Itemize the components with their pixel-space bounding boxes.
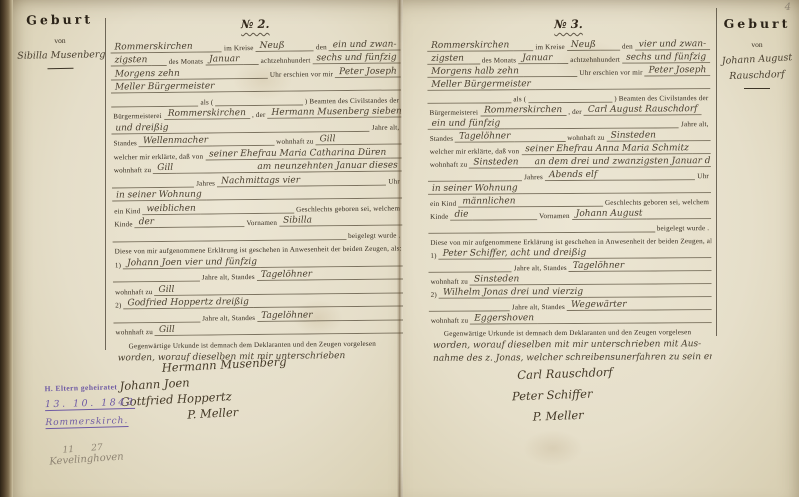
blank-underline bbox=[660, 139, 711, 141]
handwritten-entry: der bbox=[135, 217, 159, 228]
left-form: № 2. Rommerskirchenim KreiseNeußdenein u… bbox=[110, 13, 404, 363]
record-number: № 3. bbox=[427, 14, 710, 34]
handwritten-entry: Gill bbox=[316, 134, 340, 145]
form-line: Jahre alt, StandesTagelöhner bbox=[428, 258, 711, 273]
handwritten-text: nahme des z. Jonas, welcher schreibensun… bbox=[429, 352, 712, 364]
printed-text: als ( bbox=[511, 95, 528, 103]
handwritten-entry: Carl August Rauschdorf bbox=[584, 104, 702, 116]
handwritten-entry: Gill bbox=[155, 325, 179, 336]
handwritten-entry: Tagelöhner bbox=[455, 131, 514, 142]
blank-underline bbox=[556, 62, 568, 64]
printed-text: , der bbox=[566, 108, 584, 116]
printed-text: Geschlechts geboren sei, welchem bbox=[603, 198, 711, 207]
handwritten-entry: Peter Joseph bbox=[335, 66, 401, 78]
form-line: Diese von mir aufgenommene Erklärung ist… bbox=[428, 232, 711, 247]
form-line: StandesTagelöhnerwohnhaft zuSinsteden bbox=[428, 128, 711, 143]
printed-text: Kinde bbox=[428, 213, 450, 221]
printed-text: Bürgermeisterei bbox=[428, 109, 481, 117]
left-margin-column: Geburt von Sibilla Musenberg bbox=[17, 11, 104, 69]
handwritten-entry: Sinsteden bbox=[607, 130, 660, 141]
printed-text: wohnhaft zu bbox=[113, 288, 155, 296]
form-line: wohnhaft zuSinsteden bbox=[429, 271, 712, 286]
handwritten-entry: Morgens halb zehn bbox=[427, 66, 523, 78]
handwritten-entry: seiner Ehefrau Maria Catharina Düren bbox=[205, 147, 390, 160]
printed-text: Uhr bbox=[695, 172, 711, 180]
form-line: 1)Peter Schiffer, acht und dreißig bbox=[428, 245, 711, 260]
form-line: zigstendes MonatsJanuarachtzehnhundertse… bbox=[427, 50, 710, 65]
margin-title-geburt: Geburt bbox=[17, 11, 103, 27]
form-line: worden, worauf dieselben mit mir untersc… bbox=[429, 336, 712, 351]
printed-text: , der bbox=[250, 111, 268, 119]
handwritten-text: worden, worauf dieselben mit mir untersc… bbox=[429, 339, 705, 351]
printed-text: Bürgermeisterei bbox=[111, 112, 164, 121]
paper-stain bbox=[523, 430, 583, 466]
printed-text: Kinde bbox=[112, 220, 134, 228]
printed-text: Vornamen bbox=[537, 212, 572, 220]
handwritten-entry: Gill bbox=[154, 284, 178, 295]
handwritten-entry: zigsten bbox=[427, 54, 468, 65]
blank-underline bbox=[151, 64, 166, 66]
handwritten-entry: an dem drei und zwanzigsten Januar diese… bbox=[531, 156, 711, 168]
margin-child-name: Sibilla Musenberg bbox=[17, 49, 103, 61]
handwritten-entry: Wellenmacher bbox=[139, 135, 212, 147]
form-line: wohnhaft zuEggershoven bbox=[429, 310, 712, 325]
handwritten-entry: Wegewärter bbox=[567, 300, 631, 311]
form-line: als () Beamten des Civilstandes der bbox=[427, 89, 710, 104]
blank-underline bbox=[468, 63, 480, 65]
printed-text: 2) bbox=[429, 291, 439, 299]
handwritten-entry: Rommerskirchen bbox=[480, 105, 566, 117]
form-line: Rommerskirchenim KreiseNeußdenvier und z… bbox=[427, 37, 710, 52]
blank-underline bbox=[289, 49, 314, 51]
printed-text: Standes bbox=[428, 135, 456, 143]
printed-text: welcher mir erklärte, daß von bbox=[428, 147, 522, 156]
form-line: nahme des z. Jonas, welcher schreibensun… bbox=[429, 349, 712, 364]
margin-child-name-line1: Johann August bbox=[718, 52, 796, 67]
printed-text: ) Beamten des Civilstandes der bbox=[612, 94, 710, 103]
handwritten-entry: Peter Joseph bbox=[645, 65, 711, 76]
form-line: in seiner Wohnung bbox=[428, 180, 711, 195]
handwritten-entry: Sinsteden bbox=[470, 274, 523, 285]
page-corner-pencil-mark: 4 bbox=[785, 2, 791, 13]
printed-text: wohnhaft zu bbox=[113, 328, 155, 336]
handwritten-entry: Abends elf bbox=[545, 170, 601, 181]
printed-text: des Monats bbox=[480, 56, 519, 64]
handwritten-entry: am neunzehnten Januar dieses bbox=[253, 160, 401, 173]
margin-rule bbox=[105, 18, 106, 350]
printed-text: den bbox=[314, 43, 329, 51]
form-line: Meller Bürgermeister bbox=[427, 76, 710, 91]
handwritten-entry: Johann Joen vier und fünfzig bbox=[123, 256, 261, 268]
form-line: Jahre alt, StandesWegewärter bbox=[429, 297, 712, 312]
printed-text: 2) bbox=[113, 301, 123, 309]
handwritten-entry: Meller Bürgermeister bbox=[111, 81, 219, 93]
left-form-lines: Rommerskirchenim KreiseNeußdenein und zw… bbox=[110, 36, 403, 363]
blank-underline bbox=[472, 218, 537, 220]
handwritten-entry: Rommerskirchen bbox=[110, 41, 196, 53]
form-line: KindedieVornamenJohann August bbox=[428, 206, 711, 221]
printed-text: welcher mir erklärte, daß von bbox=[112, 152, 206, 161]
book-page-edges bbox=[0, 0, 13, 497]
handwritten-entry: männlichen bbox=[458, 196, 519, 207]
printed-text: Jahre alt, Standes bbox=[200, 273, 257, 282]
handwritten-entry: Morgens zehn bbox=[111, 68, 184, 80]
blank-underline bbox=[243, 63, 258, 65]
form-line: Gegenwärtige Urkunde ist demnach dem Dek… bbox=[429, 323, 712, 338]
printed-text: 1) bbox=[428, 252, 438, 260]
handwritten-entry: Hermann Musenberg sieben bbox=[267, 106, 401, 118]
printed-text: wohnhaft zu bbox=[112, 166, 154, 174]
blank-underline bbox=[514, 140, 565, 142]
printed-text: Jahres bbox=[522, 173, 545, 181]
form-line: wohnhaft zuSinstedenan dem drei und zwan… bbox=[428, 154, 711, 169]
handwritten-entry: Wilhelm Jonas drei und vierzig bbox=[439, 287, 587, 299]
printed-text: beigelegt wurde . bbox=[655, 224, 712, 232]
signature: P. Meller bbox=[532, 404, 614, 428]
signature: Carl Rauschdorf bbox=[517, 362, 613, 386]
right-form-lines: Rommerskirchenim KreiseNeußdenvier und z… bbox=[427, 37, 712, 364]
handwritten-entry: Neuß bbox=[567, 40, 600, 51]
form-line: 2)Wilhelm Jonas drei und vierzig bbox=[429, 284, 712, 299]
blank-underline bbox=[513, 49, 533, 51]
handwritten-entry: Januar bbox=[518, 53, 556, 64]
handwritten-entry: Januar bbox=[205, 54, 243, 65]
printed-text: wohnhaft zu bbox=[428, 161, 470, 169]
handwritten-entry: Peter Schiffer, acht und dreißig bbox=[439, 248, 591, 260]
printed-text: Diese von mir aufgenommene Erklärung ist… bbox=[428, 237, 711, 247]
right-page: 4 № 3. Rommerskirchenim KreiseNeußdenvie… bbox=[403, 0, 799, 497]
form-line: BürgermeistereiRommerskirchen, derCarl A… bbox=[427, 102, 710, 117]
handwritten-entry: Tagelöhner bbox=[257, 310, 316, 322]
printed-text: des Monats bbox=[167, 58, 206, 66]
stamp-date: 13. 10. 1843 bbox=[45, 397, 136, 411]
handwritten-entry: Sinsteden bbox=[469, 157, 522, 168]
printed-text: Jahres bbox=[194, 179, 217, 187]
handwritten-entry: Rommerskirchen bbox=[427, 40, 513, 52]
margin-child-name-line2: Rauschdorf bbox=[718, 69, 796, 83]
form-line: JahresAbends elfUhr bbox=[428, 167, 711, 182]
handwritten-entry: zigsten bbox=[111, 55, 152, 66]
printed-text: Gegenwärtige Urkunde ist demnach dem Dek… bbox=[442, 328, 693, 338]
blank-underline bbox=[197, 50, 222, 52]
printed-text: wohnhaft zu bbox=[429, 278, 471, 286]
blank-underline bbox=[693, 152, 711, 154]
blank-underline bbox=[600, 49, 620, 51]
printed-text: Jahre alt, Standes bbox=[512, 264, 569, 272]
right-form: № 3. Rommerskirchenim KreiseNeußdenvier … bbox=[427, 14, 712, 364]
stamp-place: Rommerskirch. bbox=[45, 416, 128, 429]
form-line: beigelegt wurde . bbox=[428, 219, 711, 234]
printed-text: Geschlechts geboren sei, welchem bbox=[294, 204, 402, 213]
printed-text: Jahre alt, bbox=[679, 120, 711, 128]
margin-von-label: von bbox=[17, 35, 103, 45]
printed-text: Standes bbox=[111, 139, 139, 147]
printed-text: ein Kind bbox=[428, 200, 458, 208]
printed-text: beigelegt wurde . bbox=[346, 231, 403, 240]
blank-underline bbox=[647, 217, 712, 219]
marriage-annotation-stamp: H. Eltern geheiratet 13. 10. 1843 Rommer… bbox=[44, 382, 136, 430]
handwritten-entry: Sibilla bbox=[279, 215, 316, 226]
handwritten-entry: ein und zwan- bbox=[329, 39, 401, 51]
right-margin-column: Geburt von Johann August Rauschdorf bbox=[718, 16, 796, 89]
ink-flourish bbox=[744, 88, 770, 89]
handwritten-entry: sechs und fünfzig bbox=[312, 52, 400, 64]
handwritten-entry: seiner Ehefrau Anna Maria Schmitz bbox=[521, 143, 693, 155]
handwritten-entry: Nachmittags vier bbox=[217, 175, 304, 187]
form-line: welcher mir erklärte, daß vonseiner Ehef… bbox=[428, 141, 711, 156]
left-page: Geburt von Sibilla Musenberg № 2. Rommer… bbox=[13, 0, 398, 497]
printed-text: Uhr erschien vor mir bbox=[268, 70, 335, 79]
handwritten-entry: vier und zwan- bbox=[635, 39, 710, 50]
record-number: № 2. bbox=[110, 13, 400, 34]
form-line: Morgens halb zehnUhr erschien vor mirPet… bbox=[427, 63, 710, 78]
blank-underline bbox=[523, 166, 531, 168]
handwritten-entry: Neuß bbox=[255, 40, 288, 51]
handwritten-entry: sechs und fünfzig bbox=[622, 52, 710, 64]
form-line: ein KindmännlichenGeschlechts geboren se… bbox=[428, 193, 711, 208]
handwritten-entry: Gill bbox=[153, 163, 177, 174]
handwritten-entry: Tagelöhner bbox=[569, 261, 628, 272]
form-line: ein und fünfzigJahre alt, bbox=[428, 115, 711, 130]
printed-text: Vornamen bbox=[244, 219, 279, 227]
printed-text: Jahre alt, Standes bbox=[510, 303, 567, 311]
margin-von-label: von bbox=[718, 40, 796, 49]
handwritten-entry: Godfried Hoppertz dreißig bbox=[123, 297, 252, 309]
printed-text: ) Beamten des Civilstandes der bbox=[303, 96, 401, 105]
printed-text: 1) bbox=[113, 261, 123, 269]
printed-text: wohnhaft zu bbox=[565, 134, 607, 142]
handwritten-entry: und dreißig bbox=[111, 122, 172, 134]
handwritten-entry: in seiner Wohnung bbox=[428, 183, 522, 195]
printed-text: Uhr erschien vor mir bbox=[577, 69, 644, 77]
handwritten-entry: Tagelöhner bbox=[257, 269, 316, 281]
pencil-note: 11 27 Kevelinghoven bbox=[48, 441, 124, 467]
blank-underline bbox=[523, 75, 577, 77]
printed-text: im Kreise bbox=[222, 44, 256, 52]
printed-text: wohnhaft zu bbox=[274, 137, 316, 145]
handwritten-entry: Meller Bürgermeister bbox=[427, 79, 535, 91]
handwritten-entry: Eggershoven bbox=[470, 313, 538, 324]
ink-flourish bbox=[47, 68, 73, 69]
printed-text: achtzehnhundert bbox=[568, 56, 622, 64]
printed-text: als ( bbox=[198, 98, 215, 106]
printed-text: wohnhaft zu bbox=[429, 317, 471, 325]
handwritten-entry: Johann August bbox=[572, 209, 647, 220]
margin-title-geburt: Geburt bbox=[718, 16, 796, 31]
handwritten-entry: Rommerskirchen bbox=[164, 108, 250, 120]
printed-text: ein Kind bbox=[112, 207, 142, 215]
right-signatures: Carl Rauschdorf Peter Schiffer P. Meller bbox=[487, 362, 615, 429]
handwritten-entry: weiblichen bbox=[142, 203, 200, 215]
handwritten-entry: ein und fünfzig bbox=[428, 118, 505, 129]
printed-text: den bbox=[620, 43, 635, 51]
registry-book-spread: Geburt von Sibilla Musenberg № 2. Rommer… bbox=[0, 0, 799, 497]
printed-text: im Kreise bbox=[533, 43, 567, 51]
pencil-place: Kevelinghoven bbox=[49, 451, 124, 467]
printed-text: Jahre alt, Standes bbox=[200, 314, 257, 323]
handwritten-entry: die bbox=[450, 210, 472, 221]
handwritten-entry: in seiner Wohnung bbox=[112, 190, 206, 202]
printed-text: achtzehnhundert bbox=[259, 56, 313, 65]
